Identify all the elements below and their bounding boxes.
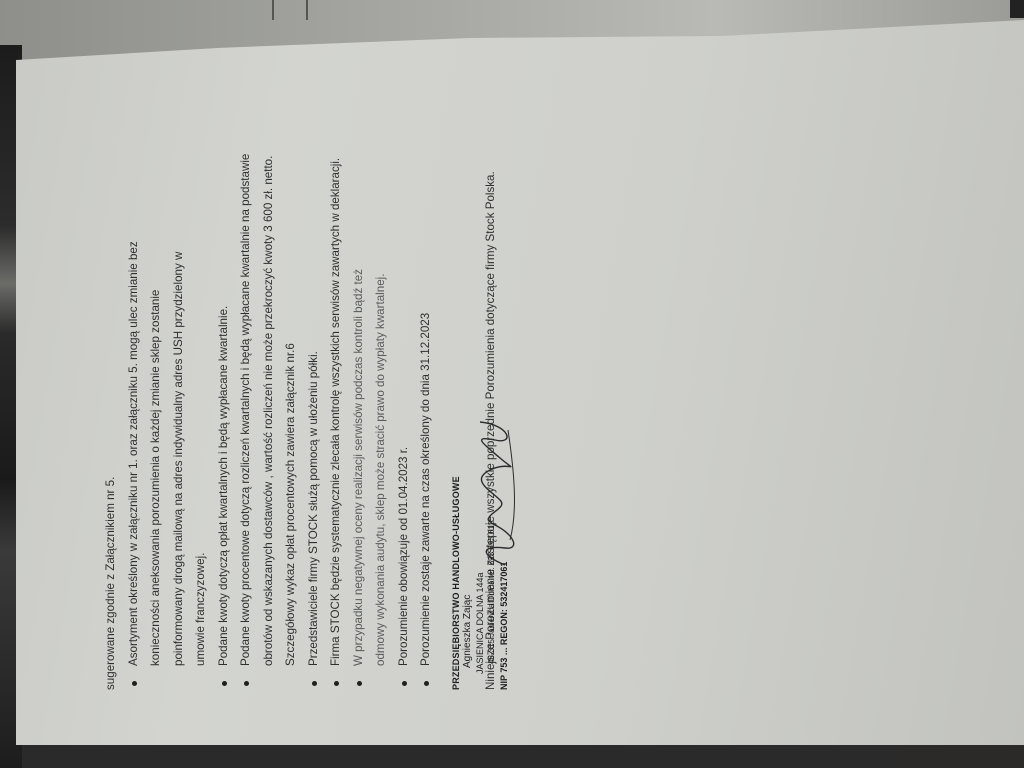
document-page-content: sugerowane zgodnie z Załącznikiem nr 5. … <box>100 70 540 690</box>
bullet-icon <box>312 681 317 686</box>
bullet-icon <box>424 681 429 686</box>
background-edge <box>306 0 308 20</box>
term-text-line: poinformowany drogą mailową na adres ind… <box>168 70 191 666</box>
term-text-line: Podane kwoty dotyczą opłat kwartalnych i… <box>213 70 236 666</box>
term-text-line: Asortyment określony w załączniku nr 1. … <box>123 70 146 666</box>
background-edge <box>272 0 274 20</box>
agreement-terms-list: Asortyment określony w załączniku nr 1. … <box>123 70 438 690</box>
term-text-line: Porozumienie obowiązuje od 01.04.2023 r. <box>393 70 416 666</box>
agreement-term: Asortyment określony w załączniku nr 1. … <box>123 70 213 690</box>
term-text-line: konieczności aneksowania porozumienia o … <box>145 70 168 666</box>
background-object <box>1010 0 1024 18</box>
bullet-icon <box>244 681 249 686</box>
agreement-term: Podane kwoty procentowe dotyczą rozlicze… <box>235 70 303 690</box>
bullet-icon <box>334 681 339 686</box>
term-text-line: umowie franczyzowej. <box>190 70 213 666</box>
term-text-line: odmowy wykonania audytu, sklep może stra… <box>370 70 393 666</box>
term-text-line: Porozumienie zostaje zawarte na czas okr… <box>415 70 438 666</box>
term-text-line: W przypadku negatywnej oceny realizacji … <box>348 70 371 666</box>
bullet-icon <box>132 681 137 686</box>
agreement-term: Podane kwoty dotyczą opłat kwartalnych i… <box>213 70 236 690</box>
term-text-line: Przedstawiciele firmy STOCK służą pomocą… <box>303 70 326 666</box>
agreement-term: W przypadku negatywnej oceny realizacji … <box>348 70 393 690</box>
agreement-term: Porozumienie obowiązuje od 01.04.2023 r. <box>393 70 416 690</box>
agreement-term: Porozumienie zostaje zawarte na czas okr… <box>415 70 438 690</box>
term-text-line: obrotów od wskazanych dostawców , wartoś… <box>258 70 281 666</box>
agreement-term: Przedstawiciele firmy STOCK służą pomocą… <box>303 70 326 690</box>
bullet-icon <box>402 681 407 686</box>
agreement-term: Firma STOCK będzie systematycznie zlecał… <box>325 70 348 690</box>
term-text-line: Szczegółowy wykaz opłat procentowych zaw… <box>280 70 303 666</box>
intro-line: sugerowane zgodnie z Załącznikiem nr 5. <box>100 70 123 690</box>
bullet-icon <box>357 681 362 686</box>
bullet-icon <box>222 681 227 686</box>
term-text-line: Firma STOCK będzie systematycznie zlecał… <box>325 70 348 666</box>
handwritten-signature <box>460 420 530 570</box>
term-text-line: Podane kwoty procentowe dotyczą rozlicze… <box>235 70 258 666</box>
